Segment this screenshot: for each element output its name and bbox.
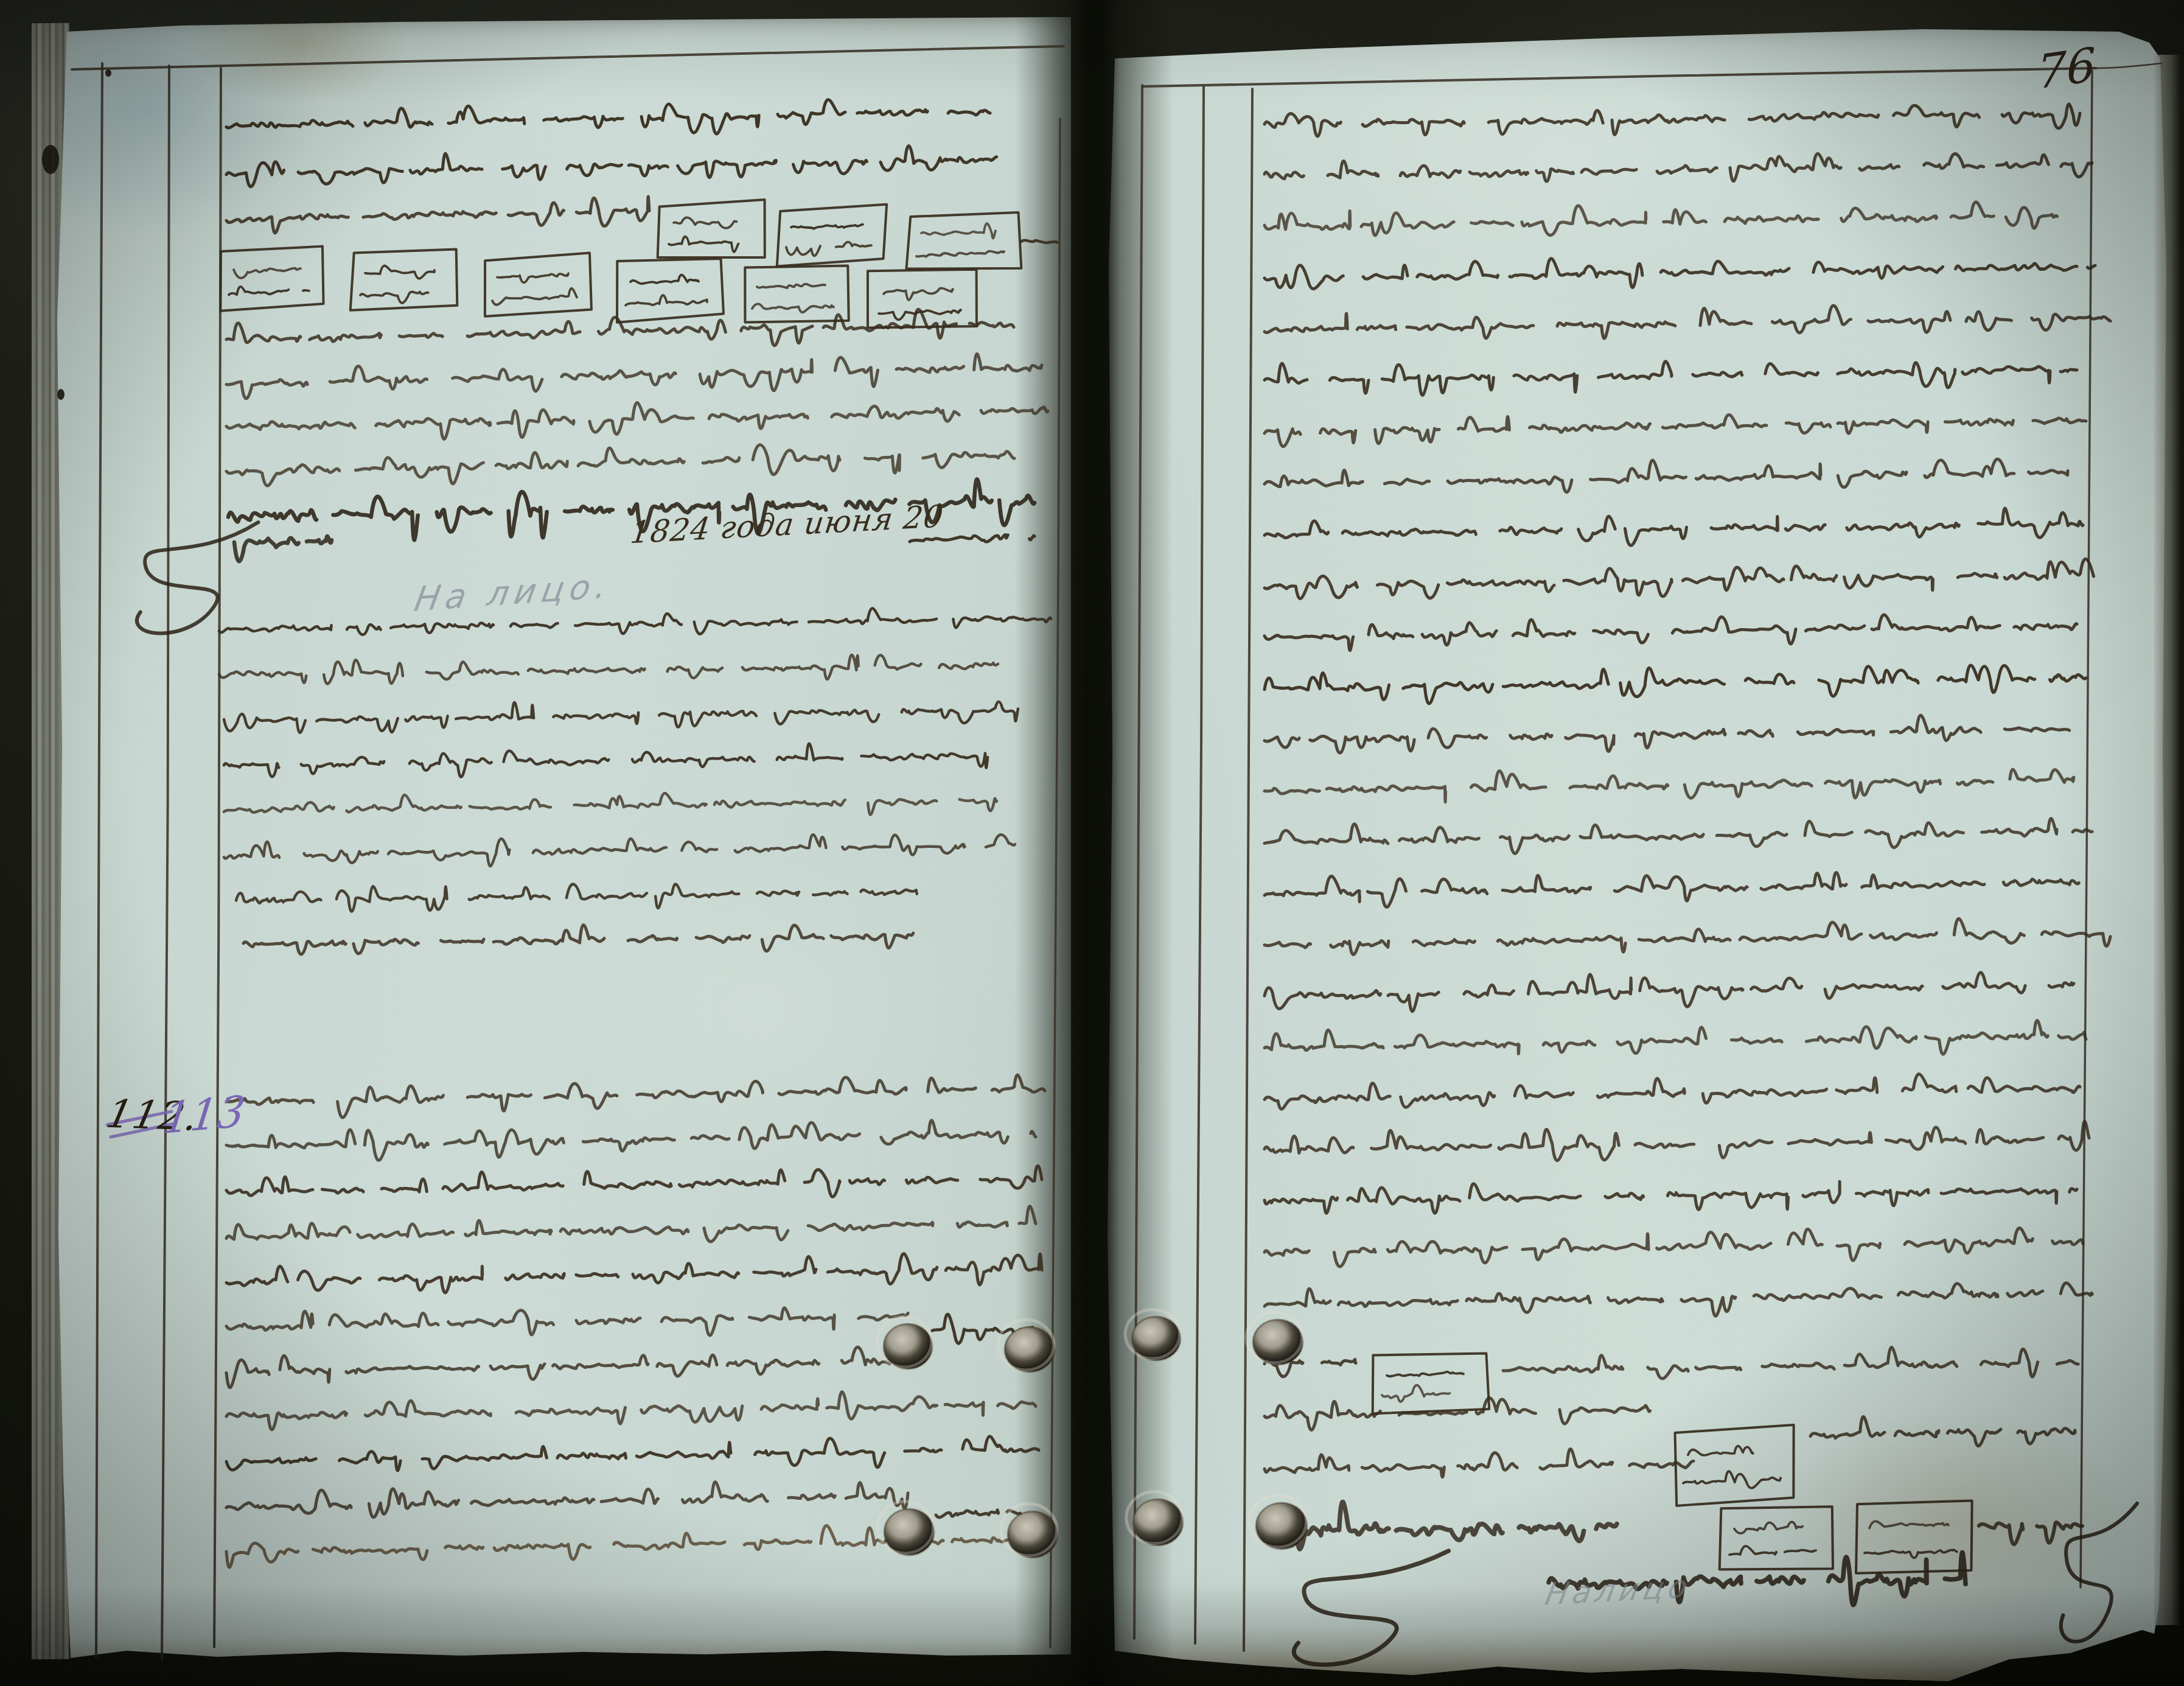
entry-number-current: 113 [161, 1086, 248, 1144]
handwriting-overlay [0, 0, 2184, 1686]
photo-backdrop: 76 112. 113 На лицо. Налицо 1824 года ию… [0, 0, 2184, 1686]
binding-punch-holes [877, 1309, 1307, 1558]
ruled-table-lines [72, 46, 2161, 1659]
page-number: 76 [2037, 37, 2096, 100]
handwriting-lines [219, 100, 2110, 1605]
